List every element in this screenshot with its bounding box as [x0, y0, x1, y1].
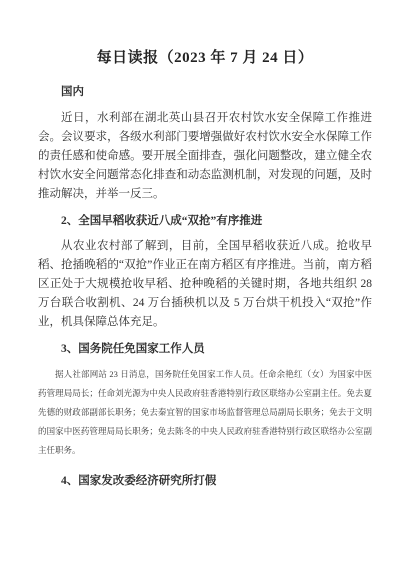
news-item-3-heading: 3、国务院任免国家工作人员 [38, 340, 372, 356]
category-heading: 国内 [38, 83, 372, 99]
news-item-2-heading: 2、全国早稻收获近八成“双抢”有序推进 [38, 212, 372, 228]
document-title: 每日读报（2023 年 7 月 24 日） [38, 46, 372, 67]
document-page: 每日读报（2023 年 7 月 24 日） 国内 近日，水利部在湖北英山县召开农… [0, 0, 410, 580]
news-item-3-body: 据人社部网站 23 日消息，国务院任免国家工作人员。任命余艳红（女）为国家中医药… [38, 365, 372, 460]
news-item-4-heading: 4、国家发改委经济研究所打假 [38, 472, 372, 488]
news-item-1-body: 近日，水利部在湖北英山县召开农村饮水安全保障工作推进会。会议要求，各级水利部门要… [38, 109, 372, 204]
news-item-2-body: 从农业农村部了解到，目前，全国早稻收获近八成。抢收早稻、抢插晚稻的“双抢”作业正… [38, 237, 372, 332]
